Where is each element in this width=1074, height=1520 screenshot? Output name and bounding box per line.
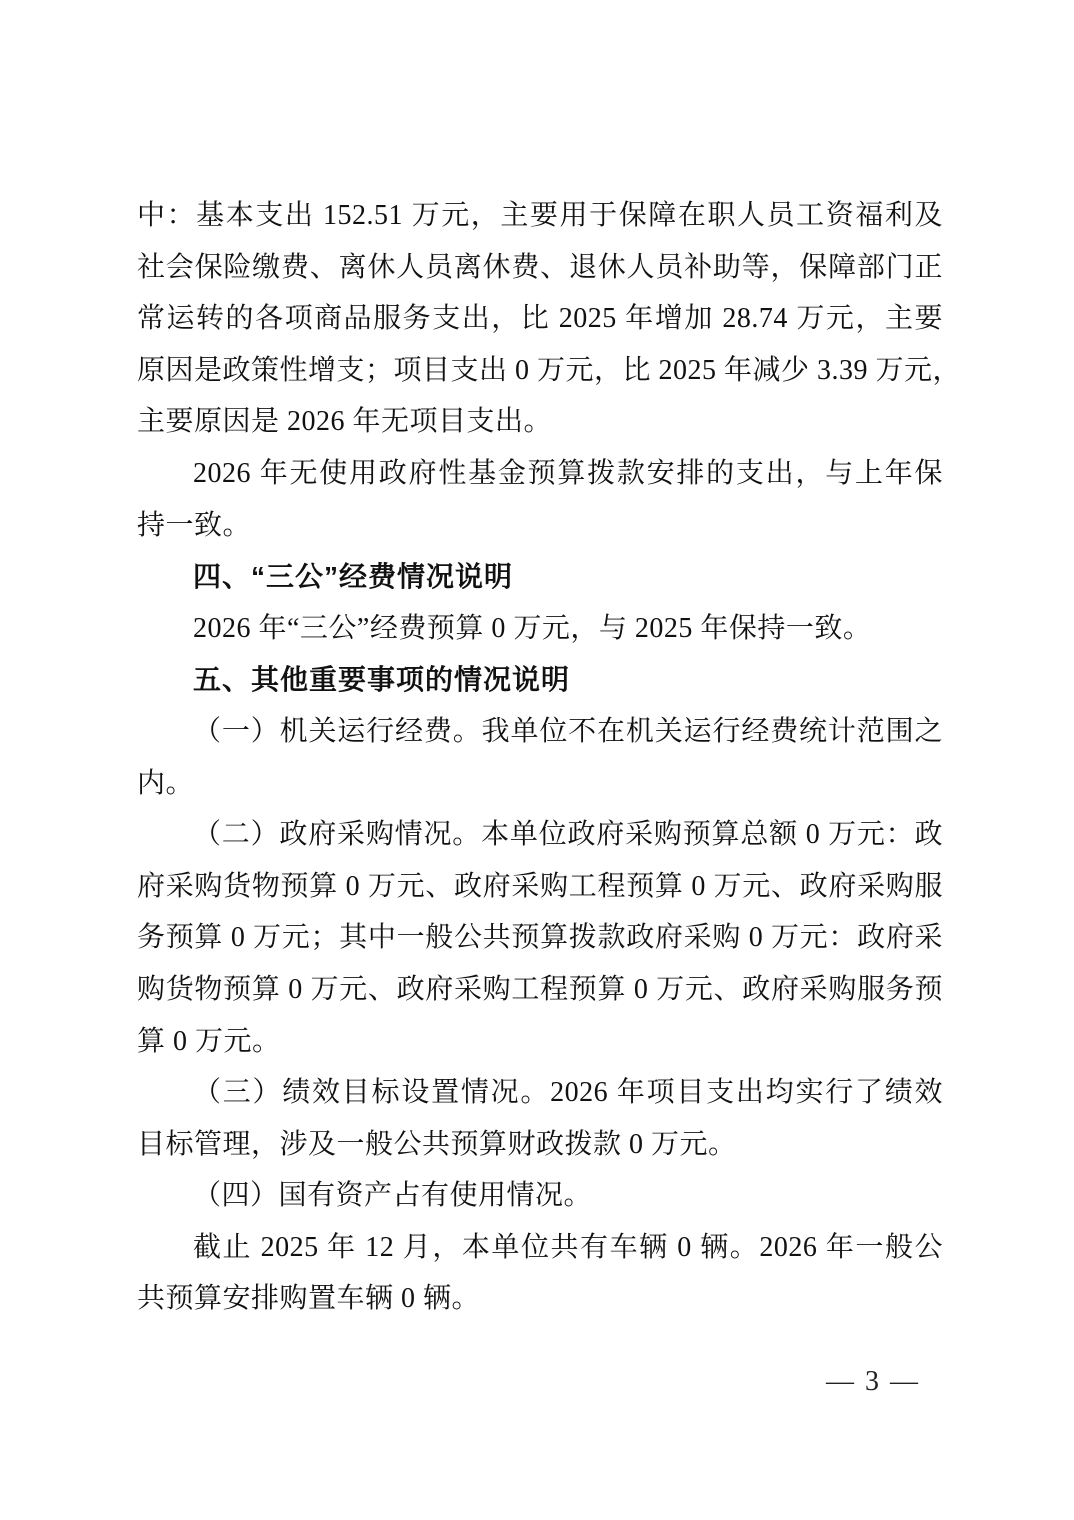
section-heading-five: 五、其他重要事项的情况说明	[137, 654, 943, 706]
paragraph-vehicles: 截止 2025 年 12 月，本单位共有车辆 0 辆。2026 年一般公 共预算…	[137, 1222, 943, 1325]
text-line: 2026 年无使用政府性基金预算拨款安排的支出，与上年保	[137, 448, 943, 500]
paragraph-basic-expenditure: 中：基本支出 152.51 万元，主要用于保障在职人员工资福利及 社会保险缴费、…	[137, 190, 943, 448]
text-line: 购货物预算 0 万元、政府采购工程预算 0 万元、政府采购服务预	[137, 964, 943, 1016]
paragraph-three-public-funds: 2026 年“三公”经费预算 0 万元，与 2025 年保持一致。	[137, 603, 943, 655]
text-line: （四）国有资产占有使用情况。	[137, 1170, 943, 1222]
paragraph-performance-targets: （三）绩效目标设置情况。2026 年项目支出均实行了绩效 目标管理，涉及一般公共…	[137, 1067, 943, 1170]
text-line: 务预算 0 万元；其中一般公共预算拨款政府采购 0 万元：政府采	[137, 912, 943, 964]
page-number: — 3 —	[826, 1363, 920, 1401]
document-body: 中：基本支出 152.51 万元，主要用于保障在职人员工资福利及 社会保险缴费、…	[137, 190, 943, 1325]
heading-line: 四、“三公”经费情况说明	[137, 551, 943, 603]
heading-line: 五、其他重要事项的情况说明	[137, 654, 943, 706]
text-line: 主要原因是 2026 年无项目支出。	[137, 396, 943, 448]
text-line: （二）政府采购情况。本单位政府采购预算总额 0 万元：政	[137, 809, 943, 861]
text-line: 常运转的各项商品服务支出，比 2025 年增加 28.74 万元，主要	[137, 293, 943, 345]
text-line: （三）绩效目标设置情况。2026 年项目支出均实行了绩效	[137, 1067, 943, 1119]
text-line: 社会保险缴费、离休人员离休费、退休人员补助等，保障部门正	[137, 242, 943, 294]
text-line: （一）机关运行经费。我单位不在机关运行经费统计范围之	[137, 706, 943, 758]
paragraph-government-procurement: （二）政府采购情况。本单位政府采购预算总额 0 万元：政 府采购货物预算 0 万…	[137, 809, 943, 1067]
section-heading-four: 四、“三公”经费情况说明	[137, 551, 943, 603]
text-line: 目标管理，涉及一般公共预算财政拨款 0 万元。	[137, 1119, 943, 1171]
text-line: 持一致。	[137, 500, 943, 552]
text-line: 算 0 万元。	[137, 1016, 943, 1068]
text-line: 共预算安排购置车辆 0 辆。	[137, 1273, 943, 1325]
paragraph-state-assets: （四）国有资产占有使用情况。	[137, 1170, 943, 1222]
paragraph-agency-operating-expenses: （一）机关运行经费。我单位不在机关运行经费统计范围之 内。	[137, 706, 943, 809]
text-line: 中：基本支出 152.51 万元，主要用于保障在职人员工资福利及	[137, 190, 943, 242]
document-page: 中：基本支出 152.51 万元，主要用于保障在职人员工资福利及 社会保险缴费、…	[0, 0, 1074, 1520]
text-line: 截止 2025 年 12 月，本单位共有车辆 0 辆。2026 年一般公	[137, 1222, 943, 1274]
text-line: 原因是政策性增支；项目支出 0 万元，比 2025 年减少 3.39 万元，	[137, 345, 943, 397]
text-line: 内。	[137, 758, 943, 810]
paragraph-government-fund-budget: 2026 年无使用政府性基金预算拨款安排的支出，与上年保 持一致。	[137, 448, 943, 551]
text-line: 府采购货物预算 0 万元、政府采购工程预算 0 万元、政府采购服	[137, 861, 943, 913]
text-line: 2026 年“三公”经费预算 0 万元，与 2025 年保持一致。	[137, 603, 943, 655]
